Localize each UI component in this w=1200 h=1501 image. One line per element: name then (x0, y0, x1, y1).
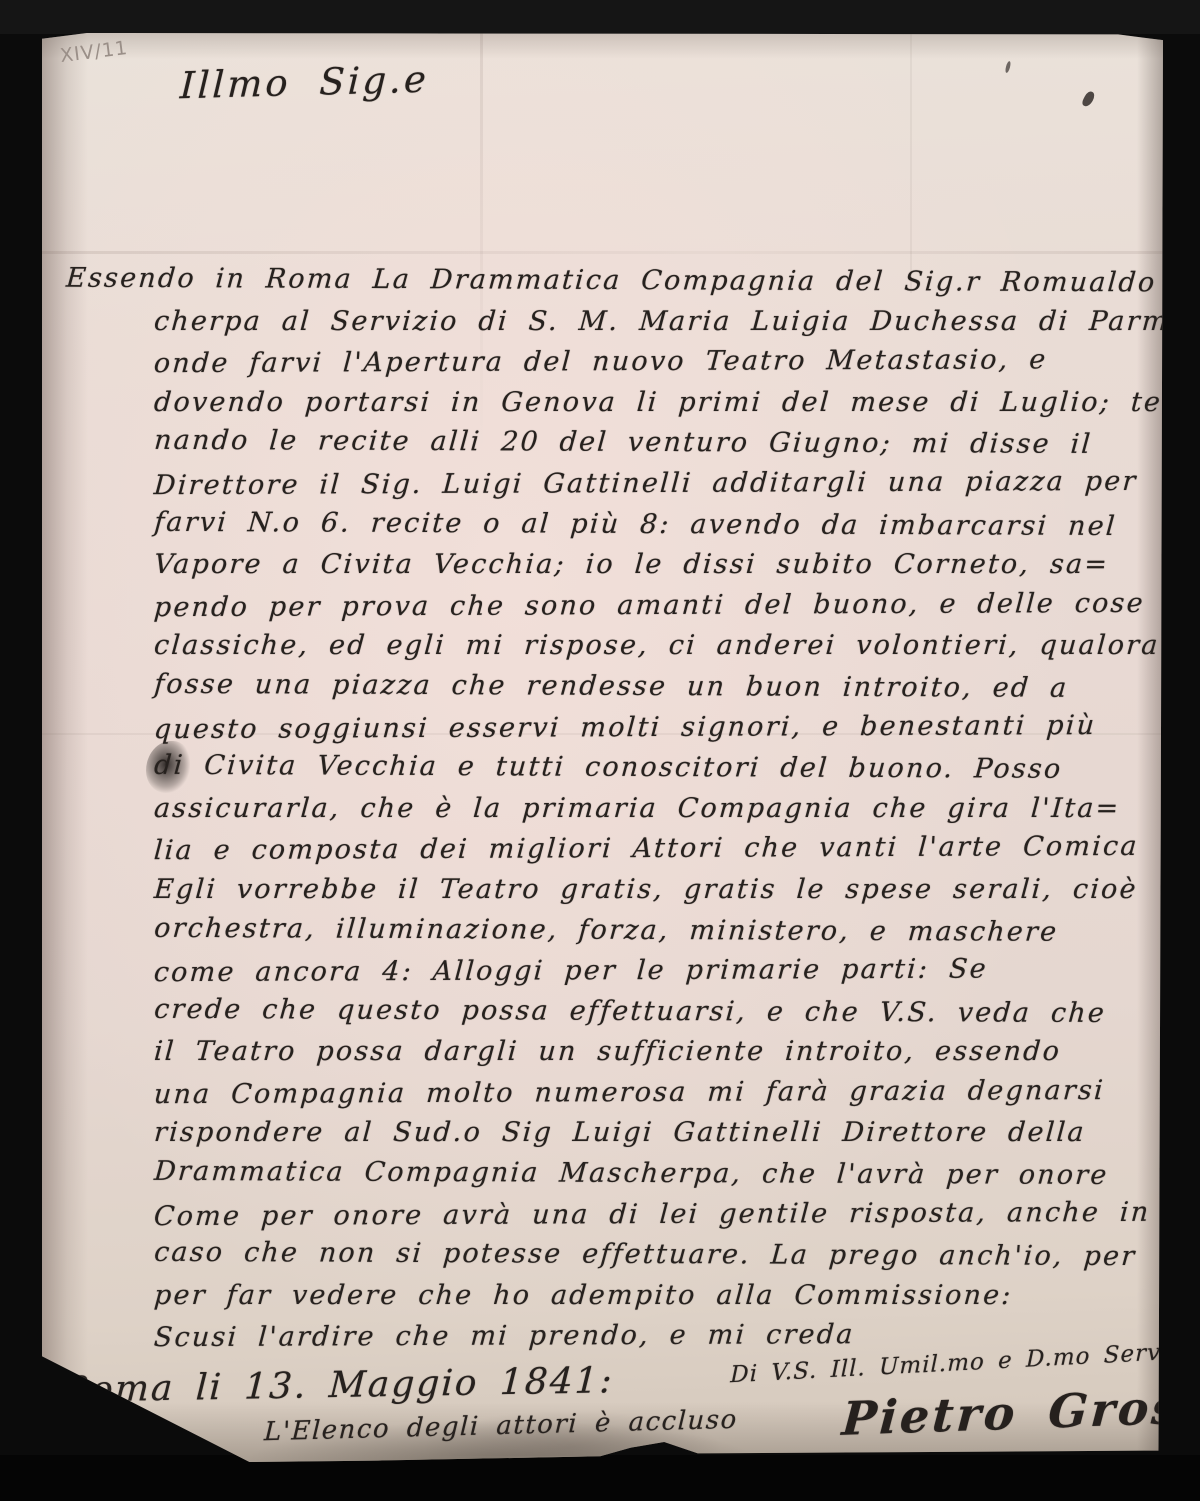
scanner-background-top (0, 0, 1200, 34)
scanned-letter-page: { "archive_mark": "XIV/11", "letter": { … (0, 0, 1200, 1501)
manuscript-line: il Teatro possa dargli un sufficiente in… (153, 1032, 1156, 1073)
manuscript-line: classiche, ed egli mi rispose, ci andere… (153, 626, 1156, 667)
manuscript-line: Vapore a Civita Vecchia; io le dissi sub… (153, 545, 1156, 586)
salutation: Illmo Sig.e (179, 58, 430, 108)
manuscript-line: questo soggiunsi esservi molti signori, … (153, 705, 1156, 750)
manuscript-line: Drammatica Compagnia Mascherpa, che l'av… (153, 1152, 1156, 1197)
manuscript-line: caso che non si potesse effettuare. La p… (153, 1233, 1156, 1278)
scanner-background-bottom (0, 1455, 1200, 1501)
date-line: Roma li 13. Maggio 1841: (61, 1360, 615, 1411)
manuscript-line: orchestra, illuminazione, forza, ministe… (153, 908, 1156, 953)
manuscript-line: pendo per prova che sono amanti del buon… (153, 584, 1156, 629)
manuscript-line: dovendo portarsi in Genova li primi del … (153, 383, 1156, 424)
archive-mark: XIV/11 (59, 37, 129, 67)
manuscript-line: farvi N.o 6. recite o al più 8: avendo d… (153, 502, 1156, 547)
paper-crease-horizontal (42, 251, 1163, 254)
manuscript-line: Direttore il Sig. Luigi Gattinelli addit… (153, 462, 1156, 507)
manuscript-line: nando le recite alli 20 del venturo Giug… (153, 421, 1156, 466)
manuscript-line: Come per onore avrà una di lei gentile r… (153, 1192, 1156, 1237)
ink-fleck-small (1005, 61, 1012, 74)
letter-body: Essendo in Roma La Drammatica Compagnia … (154, 261, 1154, 1357)
paper-crease-vertical-2 (910, 33, 912, 293)
manuscript-line: lia e composta dei migliori Attori che v… (153, 827, 1156, 872)
manuscript-line: per far vedere che ho adempito alla Comm… (153, 1276, 1156, 1317)
signature: Pietro Grossi (840, 1378, 1163, 1446)
manuscript-line: rispondere al Sud.o Sig Luigi Gattinelli… (153, 1113, 1156, 1154)
paper-left-shadow (42, 33, 88, 1462)
manuscript-line: onde farvi l'Apertura del nuovo Teatro M… (153, 340, 1156, 385)
manuscript-line: assicurarla, che è la primaria Compagnia… (153, 789, 1156, 830)
manuscript-line: Essendo in Roma La Drammatica Compagnia … (65, 259, 1156, 304)
ink-fleck (1081, 90, 1096, 108)
manuscript-line: di Civita Vecchia e tutti conoscitori de… (153, 746, 1156, 791)
enclosure-note: L'Elenco degli attori è accluso (263, 1405, 738, 1447)
manuscript-line: Egli vorrebbe il Teatro gratis, gratis l… (153, 870, 1156, 911)
letter-paper-sheet: XIV/11 Illmo Sig.e Essendo in Roma La Dr… (42, 33, 1163, 1462)
manuscript-line: una Compagnia molto numerosa mi farà gra… (153, 1071, 1156, 1116)
manuscript-line: crede che questo possa effettuarsi, e ch… (153, 990, 1156, 1035)
manuscript-line: cherpa al Servizio di S. M. Maria Luigia… (153, 302, 1156, 343)
manuscript-line: fosse una piazza che rendesse un buon in… (153, 665, 1156, 710)
manuscript-line: come ancora 4: Alloggi per le primarie p… (153, 949, 1156, 994)
paper-top-shadow (42, 33, 1163, 59)
